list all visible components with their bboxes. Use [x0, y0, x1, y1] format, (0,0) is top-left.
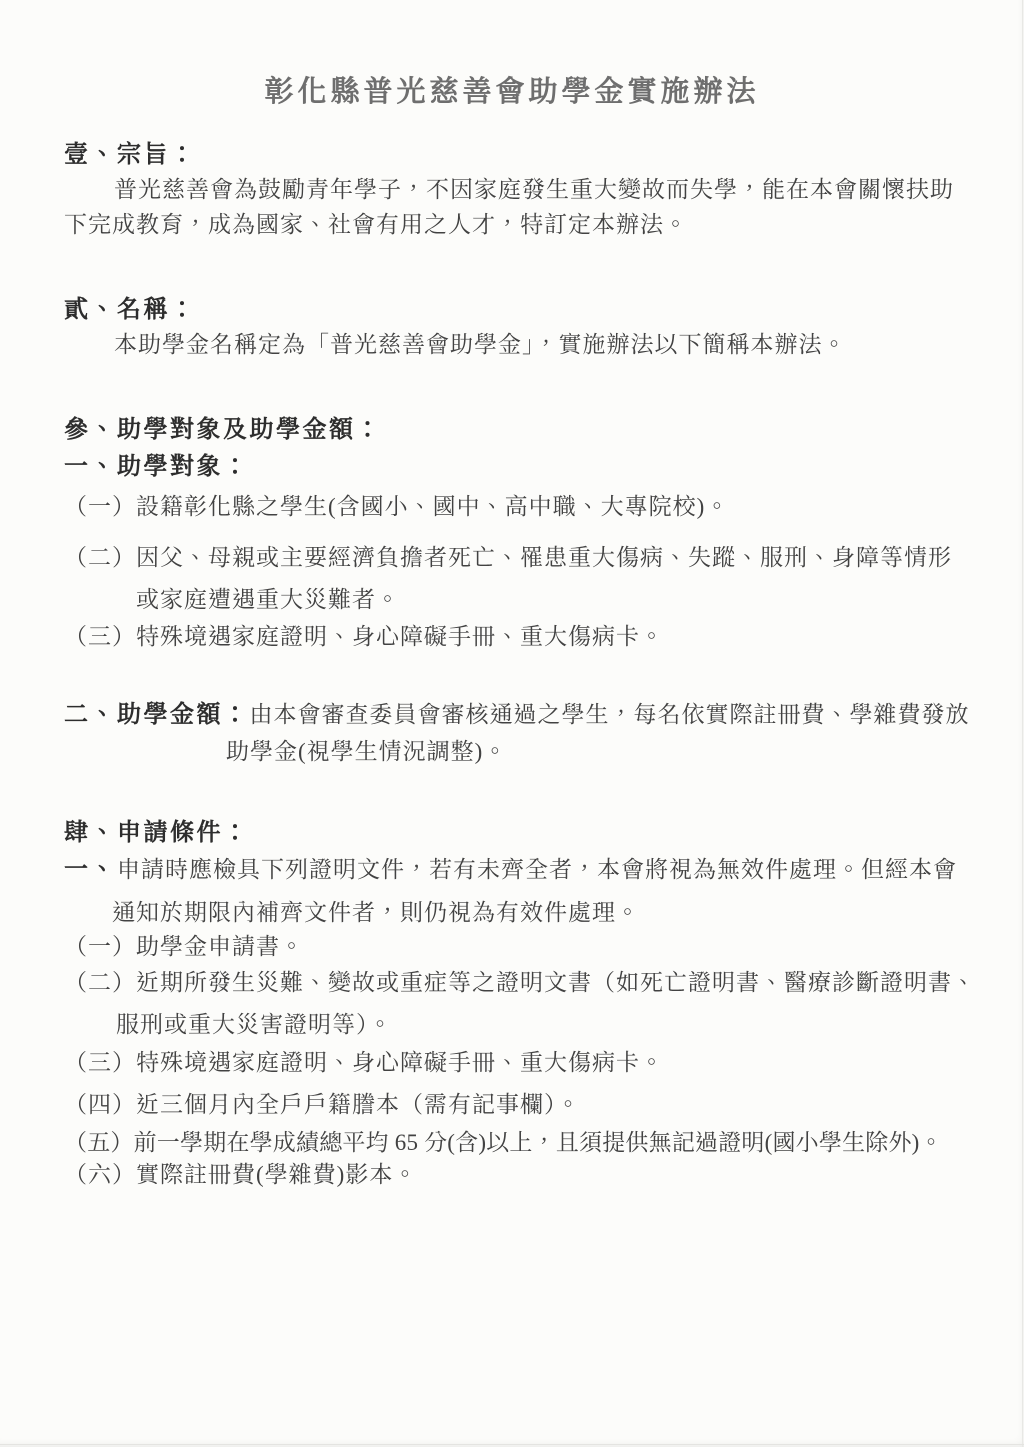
section-4-item-5: （五）前一學期在學成績總平均 65 分(含)以上，且須提供無記過證明(國小學生除… [64, 1128, 1004, 1158]
section-3-heading: 參、助學對象及助學金額： [64, 415, 1004, 445]
section-1-paragraph-line-2: 下完成教育，成為國家、社會有用之人才，特訂定本辦法。 [64, 210, 1004, 240]
section-2-paragraph-line-1: 本助學金名稱定為「普光慈善會助學金」，實施辦法以下簡稱本辦法。 [64, 330, 1004, 360]
section-4-item-4: （四）近三個月內全戶戶籍謄本（需有記事欄）。 [64, 1090, 1004, 1120]
section-3-item-2-line-1: （二）因父、母親或主要經濟負擔者死亡、罹患重大傷病、失蹤、服刑、身障等情形 [64, 543, 1004, 573]
section-3-item-1: （一）設籍彰化縣之學生(含國小、國中、高中職、大專院校)。 [64, 492, 1004, 522]
section-2-heading: 貳、名稱： [64, 295, 1004, 325]
section-4-item-2-line-1: （二）近期所發生災難、變故或重症等之證明文書（如死亡證明書、醫療診斷證明書、 [64, 968, 1004, 998]
section-4-heading: 肆、申請條件： [64, 818, 1004, 848]
section-3-sub-2-line-2: 助學金(視學生情況調整)。 [64, 737, 1004, 767]
section-4-item-3: （三）特殊境遇家庭證明、身心障礙手冊、重大傷病卡。 [64, 1048, 1004, 1078]
section-3-item-2-line-2: 或家庭遭遇重大災難者。 [64, 585, 1004, 615]
section-4-intro-marker: 一、 [64, 857, 117, 883]
section-1-heading: 壹、宗旨： [64, 140, 1004, 170]
section-4-item-6: （六）實際註冊費(學雜費)影本。 [64, 1160, 1004, 1190]
section-4-intro-line-2: 通知於期限內補齊文件者，則仍視為有效件處理。 [64, 898, 1004, 928]
section-1-paragraph-line-1: 普光慈善會為鼓勵青年學子，不因家庭發生重大變故而失學，能在本會關懷扶助 [64, 175, 1004, 205]
section-4-intro-line-1: 一、申請時應檢具下列證明文件，若有未齊全者，本會將視為無效件處理。但經本會 [64, 855, 1004, 885]
section-4-item-2-line-2: 服刑或重大災害證明等）。 [64, 1010, 1004, 1040]
section-3-sub-2-text: 由本會審查委員會審核通過之學生，每名依實際註冊費、學雜費發放 [250, 702, 970, 727]
section-4-intro-text: 申請時應檢具下列證明文件，若有未齊全者，本會將視為無效件處理。但經本會 [117, 857, 957, 882]
document-title: 彰化縣普光慈善會助學金實施辦法 [64, 72, 960, 112]
scanned-document-page: 彰化縣普光慈善會助學金實施辦法 壹、宗旨： 普光慈善會為鼓勵青年學子，不因家庭發… [0, 0, 1024, 1447]
section-4-item-1: （一）助學金申請書。 [64, 932, 1004, 962]
section-3-sub-2-heading: 二、助學金額： [64, 702, 250, 728]
section-3-item-3: （三）特殊境遇家庭證明、身心障礙手冊、重大傷病卡。 [64, 622, 1004, 652]
section-3-sub-1-heading: 一、助學對象： [64, 452, 1004, 482]
section-3-sub-2-line-1: 二、助學金額：由本會審查委員會審核通過之學生，每名依實際註冊費、學雜費發放 [64, 700, 1004, 730]
